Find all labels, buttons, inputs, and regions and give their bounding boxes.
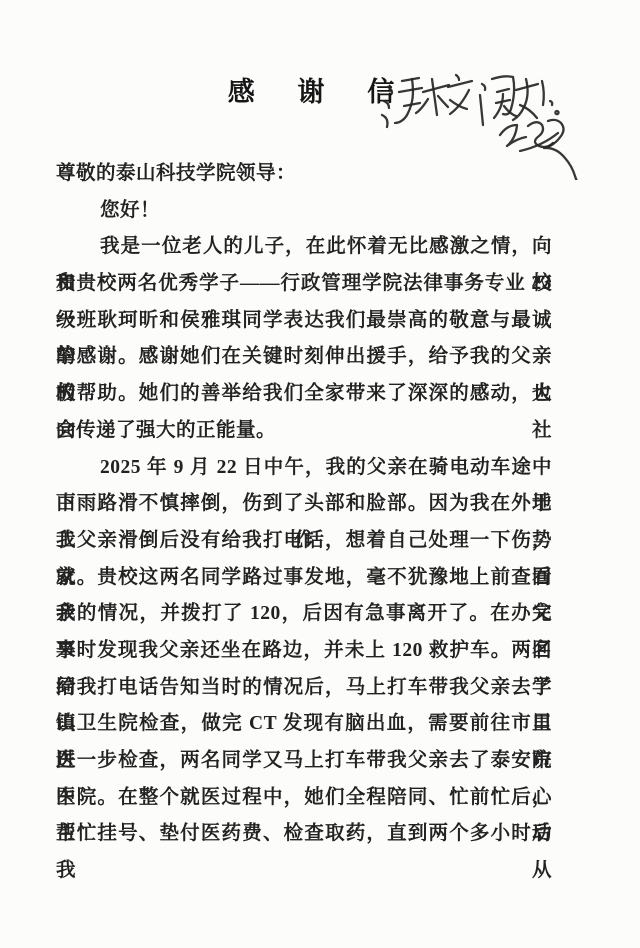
letter-line: 给我打电话告知当时的情况后，马上打车带我父亲去了山口 [56, 670, 552, 707]
letter-line: 帮忙挂号、垫付医药费、检查取药，直到两个多小时后我从 [56, 816, 552, 853]
letter-line: 亲的情况，并拨打了 120，后因有急事离开了。在办完事回 [56, 596, 552, 633]
salutation-line: 尊敬的泰山科技学院领导： [56, 156, 552, 193]
letter-line: 我父亲滑倒后没有给我打电话，想着自己处理一下伤势就回 [56, 523, 552, 560]
letter-line: 的帮助。她们的善举给我们全家带来了深深的感动，也向社 [56, 376, 552, 413]
letter-line: 下雨路滑不慎摔倒，伤到了头部和脸部。因为我在外地工作， [56, 486, 552, 523]
letter-line: 的感谢。感谢她们在关键时刻伸出援手，给予我的父亲极大 [56, 339, 552, 376]
handwritten-note-scribble [382, 75, 559, 127]
letter-line: 医院。在整个就医过程中，她们全程陪同、忙前忙后，主动 [56, 780, 552, 817]
greeting-line: 您好！ [56, 193, 552, 230]
scanned-letter-page: 感 谢 信 [0, 0, 640, 948]
letter-line: 来时发现我父亲还坐在路边，并未上 120 救护车。两名同学 [56, 633, 552, 670]
letter-line: 一班耿珂昕和侯雅琪同学表达我们最崇高的敬意与最诚挚 [56, 303, 552, 340]
letter-line: 镇卫生院检查，做完 CT 发现有脑出血，需要前往市里医院 [56, 706, 552, 743]
letter-line: 家。贵校这两名同学路过事发地，毫不犹豫地上前查看我父 [56, 560, 552, 597]
letter-body: 尊敬的泰山科技学院领导： 您好！ 我是一位老人的儿子，在此怀着无比感激之情，向贵… [56, 156, 552, 853]
letter-line: 进一步检查，两名同学又马上打车带我父亲去了泰安市中心 [56, 743, 552, 780]
letter-line: 和贵校两名优秀学子——行政管理学院法律事务专业 23 级 [56, 266, 552, 303]
letter-line: 我是一位老人的儿子，在此怀着无比感激之情，向贵校 [56, 229, 552, 266]
letter-line: 2025 年 9 月 22 日中午，我的父亲在骑电动车途中由于 [56, 450, 552, 487]
